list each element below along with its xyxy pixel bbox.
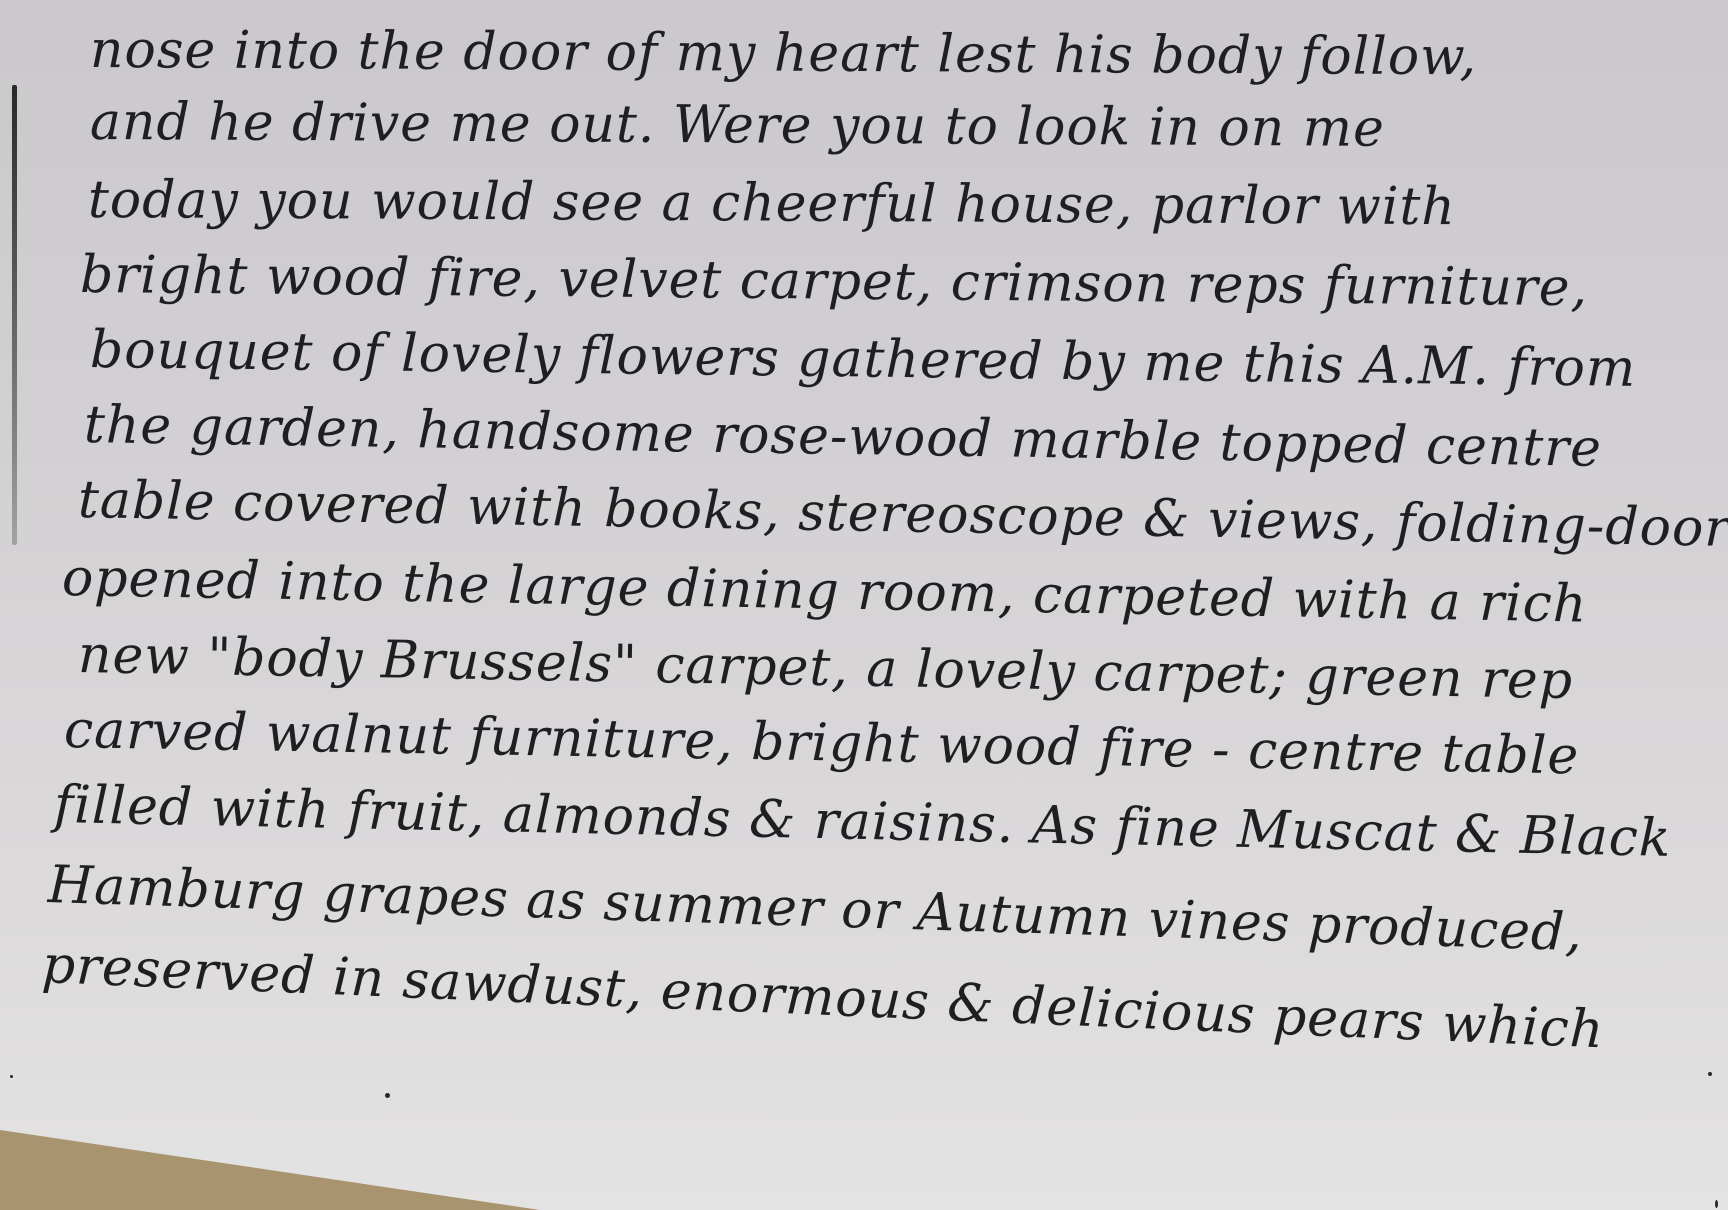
text-line-4: bright wood fire, velvet carpet, crimson… xyxy=(80,245,1589,318)
text-line-3: today you would see a cheerful house, pa… xyxy=(88,170,1456,237)
text-line-9: new "body Brussels" carpet, a lovely car… xyxy=(77,625,1573,711)
ink-speck xyxy=(10,1075,13,1078)
text-line-8: opened into the large dining room, carpe… xyxy=(61,548,1587,635)
text-line-11: filled with fruit, almonds & raisins. As… xyxy=(53,775,1672,869)
text-line-10: carved walnut furniture, bright wood fir… xyxy=(63,700,1579,786)
text-line-6: the garden, handsome rose-wood marble to… xyxy=(84,395,1603,479)
text-line-2: and he drive me out. Were you to look in… xyxy=(90,92,1385,159)
margin-rule xyxy=(12,85,17,545)
text-line-7: table covered with books, stereoscope & … xyxy=(77,470,1728,559)
ink-speck xyxy=(385,1093,390,1098)
text-line-5: bouquet of lovely flowers gathered by me… xyxy=(90,320,1637,399)
ink-speck xyxy=(1708,1072,1712,1076)
page-corner-backing xyxy=(0,1130,540,1210)
manuscript-page: nose into the door of my heart lest his … xyxy=(0,0,1728,1210)
ink-speck xyxy=(1715,1200,1718,1208)
text-line-1: nose into the door of my heart lest his … xyxy=(90,20,1477,87)
